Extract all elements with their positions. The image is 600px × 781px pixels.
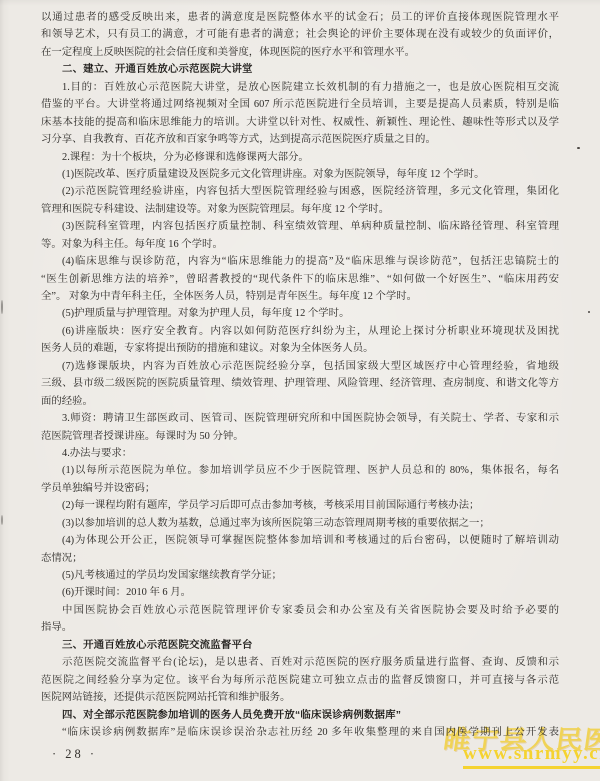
text-line: (6)开课时间：2010 年 6 月。 bbox=[41, 584, 559, 601]
text-line: 三级、县市级二级医院的医院质量管理、绩效管理、护理管理、风险管理、经济管理、查房… bbox=[41, 375, 559, 392]
text-line: 态情况； bbox=[41, 550, 559, 567]
text-line: (1)以每所示范医院为单位。参加培训学员应不少于医院管理、医护人员总和的 80%… bbox=[41, 462, 559, 479]
text-line: 1.目的：百姓放心示范医院大讲堂，是放心医院建立长效机制的有力措施之一，也是放心… bbox=[41, 79, 559, 96]
text-line: (6)讲座版块：医疗安全教育。内容以如何防范医疗纠纷为主，从理论上探讨分析职业环… bbox=[41, 323, 559, 340]
text-line: 医院网站链接，还提供示范医院网站托管和维护服务。 bbox=[41, 689, 559, 706]
text-line: (4)临床思维与误诊防范，内容为“临床思维能力的提高”及“临床思维与误诊防范”，… bbox=[41, 253, 559, 270]
text-line: 范医院管理者授课讲座。每课时为 50 分钟。 bbox=[41, 428, 559, 445]
text-line: 二、建立、开通百姓放心示范医院大讲堂 bbox=[41, 61, 559, 78]
text-line: “临床误诊病例数据库”是临床误诊误治杂志社历经 20 多年收集整理的来自国内医学… bbox=[41, 724, 559, 741]
text-line: 示范医院交流监督平台(论坛)，是以患者、百姓对示范医院的医疗服务质量进行监督、查… bbox=[41, 654, 559, 671]
page-number: · 28 · bbox=[52, 747, 97, 762]
text-line: 2.课程：为十个板块，分为必修课和选修课两大部分。 bbox=[41, 149, 559, 166]
text-line: (1)医院改革、医疗质量建设及医院多元文化管理讲座。对象为医院领导，每年度 12… bbox=[41, 166, 559, 183]
scan-speck bbox=[588, 311, 590, 313]
text-line: 面的经验。 bbox=[41, 393, 559, 410]
text-line: (3)以参加培训的总人数为基数，总通过率为该所医院第三动态管理周期考核的重要依据… bbox=[41, 515, 559, 532]
text-line: 指导。 bbox=[41, 619, 559, 636]
text-line: 以通过患者的感受反映出来，患者的满意度是医院整体水平的试金石；员工的评价直接体现… bbox=[41, 9, 559, 26]
text-line: 四、对全部示范医院参加培训的医务人员免费开放“临床误诊病例数据库” bbox=[41, 707, 559, 724]
text-line: 在一定程度上反映医院的社会信任度和美誉度，体现医院的医疗水平和管理水平。 bbox=[41, 44, 559, 61]
text-line: 借鉴的平台。大讲堂将通过网络视频对全国 607 所示范医院进行全员培训，主要是提… bbox=[41, 96, 559, 113]
scan-edge-mark bbox=[1, 300, 3, 314]
text-line: (5)凡考核通过的学员均发国家继续教育学分证； bbox=[41, 567, 559, 584]
text-line: 全”。 对象为中青年科主任，全体医务人员，特别是青年医生。每年度 12 个学时。 bbox=[41, 288, 559, 305]
text-line: 床基本技能的提高和临床思维能力的培训。大讲堂以针对性、权威性、新颖性、理论性、趣… bbox=[41, 114, 559, 131]
text-line: 学员单独编号并设密码； bbox=[41, 480, 559, 497]
text-line: 医务人员的难题，专家将提出预防的措施和建议。对象为全体医务人员。 bbox=[41, 340, 559, 357]
scan-edge-mark bbox=[1, 515, 3, 525]
scan-speck bbox=[577, 147, 580, 149]
text-line: (2)每一课程均附有题库，学员学习后即可点击参加考核，考核采用目前国际通行考核办… bbox=[41, 497, 559, 514]
text-line: (7)选修课版块，内容为百姓放心示范医院经验分享，包括国家级大型区域医疗中心管理… bbox=[41, 358, 559, 375]
watermark-url: www.snrmyy.cn bbox=[463, 743, 600, 769]
text-line: 等。对象为科主任。每年度 16 个学时。 bbox=[41, 236, 559, 253]
text-line: 习分享、自我教育、百花齐放和百家争鸣等方式，达到提高示范医院医疗质量之目的。 bbox=[41, 131, 559, 148]
text-line: (4)为体现公开公正，医院领导可掌握医院整体参加培训和考核通过的后台密码，以便随… bbox=[41, 532, 559, 549]
text-layer: 以通过患者的感受反映出来，患者的满意度是医院整体水平的试金石；员工的评价直接体现… bbox=[41, 9, 559, 741]
text-line: 3.师资：聘请卫生部医政司、医管司、医院管理研究所和中国医院协会领导，有关院士、… bbox=[41, 410, 559, 427]
text-line: 管理和医院专科建设、法制建设等。对象为医院管理层。每年度 12 个学时。 bbox=[41, 201, 559, 218]
text-line: 范医院之间经验分享为定位。该平台为每所示范医院建立可独立点击的监督反馈窗口，并可… bbox=[41, 672, 559, 689]
text-line: 三、开通百姓放心示范医院交流监督平台 bbox=[41, 637, 559, 654]
text-line: (5)护理质量与护理管理。对象为护理人员，每年度 12 个学时。 bbox=[41, 305, 559, 322]
text-line: 和领导艺术，只有员工的满意，才可能有患者的满意；社会舆论的评价主要体现在没有或较… bbox=[41, 26, 559, 43]
text-line: 4.办法与要求： bbox=[41, 445, 559, 462]
document-page: 睢宁县人民医院 www.snrmyy.cn 以通过患者的感受反映出来，患者的满意… bbox=[0, 0, 600, 781]
text-line: “医生创新思维方法的培养”，曾昭耆教授的“现代条件下的临床思维”、“如何做一个好… bbox=[41, 271, 559, 288]
text-line: 中国医院协会百姓放心示范医院管理评价专家委员会和办公室及有关省医院协会要及时给予… bbox=[41, 602, 559, 619]
text-line: (2)示范医院管理经验讲座，内容包括大型医院管理经验与困惑，医院经济管理，多元文… bbox=[41, 183, 559, 200]
text-line: (3)医院科室管理，内容包括医疗质量控制、科室绩效管理、单病种质量控制、临床路径… bbox=[41, 218, 559, 235]
